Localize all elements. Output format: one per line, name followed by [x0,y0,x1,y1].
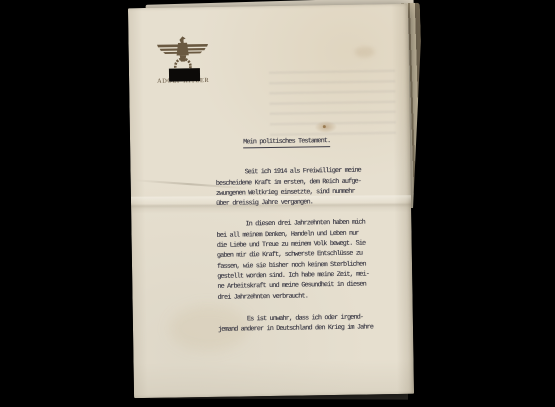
faint-stain [355,46,375,57]
typewritten-page: ADOLF HITLER Mein politisches Testament.… [128,4,414,398]
letterhead: ADOLF HITLER [155,35,212,90]
document-title: Mein politisches Testament. [243,135,380,147]
redaction-bar [169,68,200,81]
ink-stain [314,118,344,134]
paragraph-3: Es ist unwahr, dass ich oder irgend- jem… [218,312,383,335]
photo-of-document: ADOLF HITLER Mein politisches Testament.… [0,0,555,407]
paragraph-2: In diesen drei Jahrzehnten haben mich be… [216,218,382,303]
typewritten-body: Mein politisches Testament. Seit ich 191… [215,135,383,335]
paragraph-1: Seit ich 1914 als Freiwilliger meine bes… [215,166,381,210]
text-line: über dreissig Jahre vergangen. [216,196,381,209]
text-line: drei Jahrzehnten verbraucht. [217,290,382,303]
text-line: jemand anderer in Deutschland den Krieg … [218,322,383,335]
